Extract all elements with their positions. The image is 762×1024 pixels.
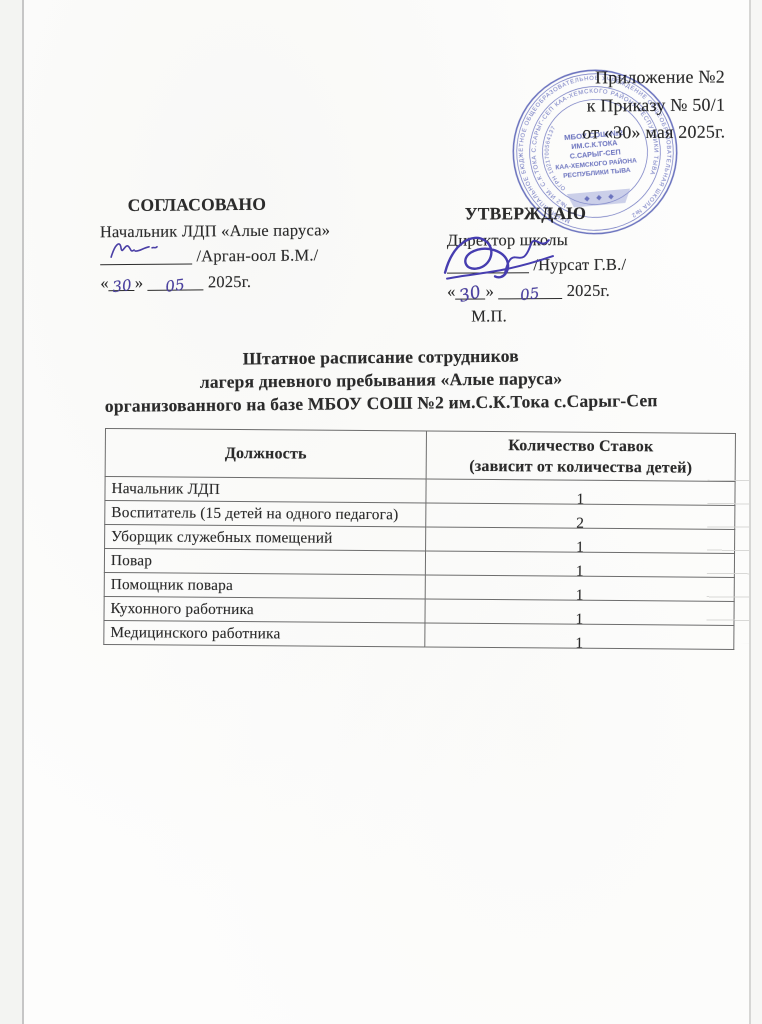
approved-signature-line: /Нурсат Г.В./ <box>447 251 697 278</box>
position-cell: Начальник ЛДП <box>105 477 426 504</box>
signature-underline <box>100 246 192 265</box>
signature-underline <box>447 255 529 273</box>
approved-year: 2025г. <box>567 280 610 299</box>
count-value: 1 <box>575 634 583 652</box>
handwritten-day: 30 <box>112 279 133 291</box>
approved-date-line: «30» 05 2025г. <box>447 277 697 304</box>
header-count: Количество Ставок (зависит от количества… <box>426 431 735 481</box>
handwritten-month: 05 <box>165 279 186 291</box>
month-slot: 05 <box>147 272 203 290</box>
agreed-signature-line: /Арган-оол Б.М./ <box>100 242 390 270</box>
count-value: 2 <box>576 514 584 532</box>
count-value: 1 <box>576 490 584 508</box>
agreed-date-line: «30» 05 2025г. <box>100 267 390 295</box>
count-value: 1 <box>576 538 584 556</box>
header-count-line2: (зависит от количества детей) <box>433 455 729 478</box>
scanner-edge-right <box>751 0 762 1024</box>
position-cell: Повар <box>104 549 425 576</box>
approved-name: /Нурсат Г.В./ <box>533 255 626 274</box>
quote-open: « <box>100 273 109 292</box>
position-cell: Уборщик служебных помещений <box>105 525 426 552</box>
agreed-role: Начальник ЛДП «Алые паруса» <box>100 216 390 244</box>
handwritten-month: 05 <box>520 288 541 300</box>
staffing-table: Должность Количество Ставок (зависит от … <box>103 428 736 650</box>
scanner-edge-left <box>0 0 22 1024</box>
month-slot: 05 <box>498 281 562 299</box>
position-cell: Помощник повара <box>104 572 425 599</box>
agreed-year: 2025г. <box>208 271 251 290</box>
count-value: 1 <box>576 586 584 604</box>
quote-open: « <box>447 281 456 300</box>
agreed-name: /Арган-оол Б.М./ <box>196 245 318 265</box>
school-stamp-icon: МУНИЦИПАЛЬНОЕ БЮДЖЕТНОЕ ОБЩЕОБРАЗОВАТЕЛЬ… <box>490 58 700 246</box>
position-cell: Медицинского работника <box>104 620 425 647</box>
table-header-row: Должность Количество Ставок (зависит от … <box>105 429 735 482</box>
count-cell: 1 <box>426 479 735 505</box>
staffing-table-wrap: Должность Количество Ставок (зависит от … <box>103 428 709 650</box>
agreed-block: СОГЛАСОВАНО Начальник ЛДП «Алые паруса» … <box>100 191 391 296</box>
document-title: Штатное расписание сотрудников лагеря дн… <box>56 343 707 419</box>
quote-close: » <box>486 281 495 300</box>
table-row: Медицинского работника 1 <box>104 620 734 649</box>
count-value: 1 <box>576 562 584 580</box>
stamp-place-label: М.П. <box>447 302 697 329</box>
header-count-line1: Количество Ставок <box>433 434 729 457</box>
day-slot: 30 <box>109 272 135 290</box>
agreed-title: СОГЛАСОВАНО <box>100 191 390 219</box>
handwritten-day: 30 <box>459 286 483 301</box>
position-cell: Воспитатель (15 детей на одного педагога… <box>105 501 426 528</box>
quote-close: » <box>135 272 144 291</box>
count-value: 1 <box>576 610 584 628</box>
day-slot: 30 <box>456 281 486 299</box>
header-position: Должность <box>105 429 426 480</box>
position-cell: Кухонного работника <box>104 596 425 623</box>
